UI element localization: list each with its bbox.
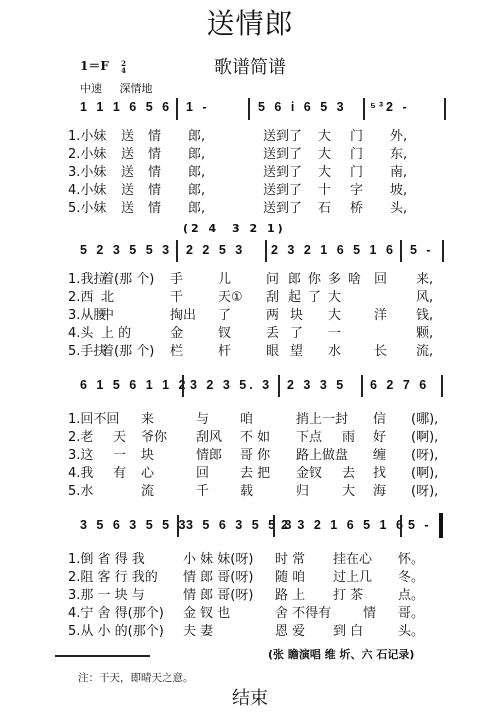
lyric: 2.小妹	[68, 143, 106, 162]
lyric: 杆	[218, 340, 231, 359]
lyric: 大	[318, 161, 331, 180]
lyric: 情 郎 哥(呀)	[183, 584, 253, 603]
lyric: 北	[101, 286, 114, 305]
lyric: 载	[240, 480, 253, 499]
time-signature: 2 4	[121, 60, 126, 74]
lyric: 外,	[390, 125, 407, 144]
lyric: 望	[290, 340, 303, 359]
lyric: 情	[148, 143, 161, 162]
lyric: 流	[141, 480, 154, 499]
lyric: 头,	[390, 197, 407, 216]
footnote-divider	[55, 655, 150, 657]
lyric: 上 的	[101, 322, 131, 341]
lyric: 时 常	[275, 548, 305, 567]
footnote: 注：干天，即晴天之意。	[78, 670, 194, 685]
performance-credit: (张 瞻演唱 维 圻、六 石记录)	[268, 646, 414, 662]
lyric: 南,	[390, 161, 407, 180]
lyric: 海	[373, 480, 386, 499]
barline	[265, 240, 267, 262]
measure: 1 1 1 6 5 6	[80, 100, 172, 114]
lyric: 门	[350, 125, 363, 144]
end-label: 结束	[0, 684, 500, 710]
lyric: 风,	[416, 286, 433, 305]
measure: 2 3 3 5	[287, 378, 346, 392]
lyric: 4.头	[68, 322, 93, 341]
lyric: 来,	[416, 268, 433, 287]
measure: 2 3 2 1 6 5 1 6	[281, 518, 406, 532]
barline	[400, 240, 402, 262]
lyric: 到 白	[333, 620, 363, 639]
lyric: 5.水	[68, 480, 93, 499]
barline	[361, 375, 363, 397]
lyric: 丢	[266, 322, 279, 341]
lyric: 门	[350, 143, 363, 162]
lyric: 两	[266, 304, 279, 323]
lyric: 不 如	[240, 426, 270, 445]
lyric: 郎	[288, 268, 301, 287]
page-subtitle: 歌谱简谱	[0, 53, 500, 79]
lyric: 情	[148, 197, 161, 216]
lyric: 掏出	[170, 304, 196, 323]
lyric: 2.西	[68, 286, 93, 305]
lyric: 字	[350, 179, 363, 198]
measure: ⁵³2 -	[370, 100, 410, 114]
lyric: 郎,	[188, 161, 205, 180]
tempo-label: 中速	[80, 82, 102, 95]
lyric: 洋	[374, 304, 387, 323]
lyric: 5.从 小 的(那个)	[68, 620, 164, 639]
lyric: 天	[113, 426, 126, 445]
barline	[273, 515, 275, 537]
key-label: 1＝F	[80, 59, 109, 73]
lyric: 心	[141, 462, 154, 481]
lyric: 送	[121, 179, 134, 198]
lyric: 下点	[296, 426, 322, 445]
measure: 6 1 5 6 1 1 2	[80, 378, 189, 392]
lyric: 儿	[218, 268, 231, 287]
lyric: 大	[318, 125, 331, 144]
lyric: 送	[121, 161, 134, 180]
lyric: 1.回不回	[68, 408, 119, 427]
lyric: 了	[290, 322, 303, 341]
lyric: 情郎	[196, 444, 222, 463]
barline	[176, 240, 178, 262]
lyric: 金钗	[296, 462, 322, 481]
lyric: 情	[363, 602, 376, 621]
lyric: 金	[170, 322, 183, 341]
lyric: 桥	[350, 197, 363, 216]
barline	[400, 515, 402, 537]
song-title: 送情郎	[0, 2, 500, 42]
lyric: 东,	[390, 143, 407, 162]
lyric: 栏	[170, 340, 183, 359]
measure: 1 -	[186, 100, 210, 114]
lyric: 你	[308, 268, 321, 287]
lyric: 十	[318, 179, 331, 198]
lyric: 大	[328, 286, 341, 305]
lyric: 咱	[240, 408, 253, 427]
lyric: 3.这	[68, 444, 93, 463]
measure: 2 2 5 3	[186, 243, 245, 257]
lyric: 情	[148, 179, 161, 198]
lyric: 捎上一封	[296, 408, 348, 427]
barline	[444, 98, 446, 120]
final-barline	[439, 513, 443, 538]
lyric: 郎,	[188, 179, 205, 198]
lyric: 郎,	[188, 143, 205, 162]
expression-label: 深情地	[120, 82, 153, 95]
lyric: 着(那 个)	[101, 340, 154, 359]
lyric: 去	[342, 462, 355, 481]
measure: 3 5 6 3 5 5 3	[186, 518, 295, 532]
lyric: 送到了	[263, 161, 302, 180]
lyric: 块	[290, 304, 303, 323]
lyric: 天①	[218, 286, 243, 305]
lyric: 有	[113, 462, 126, 481]
measure: 6 2 7 6	[370, 378, 429, 392]
barline	[441, 375, 443, 397]
measure: 5 -	[408, 518, 432, 532]
lyric: 来	[141, 408, 154, 427]
lyric: 颗,	[416, 322, 433, 341]
measure: 2 3 2 1 6 5 1 6	[271, 243, 396, 257]
barline	[278, 375, 280, 397]
lyric: 冬。	[398, 566, 424, 585]
lyric: 过上几	[333, 566, 372, 585]
lyric: 干	[170, 286, 183, 305]
lyric: 了	[218, 304, 231, 323]
lyric: 送	[121, 125, 134, 144]
lyric: 送到了	[263, 179, 302, 198]
lyric: 挂在心	[333, 548, 372, 567]
lyric: 多	[328, 268, 341, 287]
lyric: 送到了	[263, 125, 302, 144]
lyric: 问	[266, 268, 279, 287]
alternate-notes: (2 4	[183, 222, 219, 235]
time-signature-bottom: 4	[121, 66, 126, 75]
lyric: 了	[308, 286, 321, 305]
lyric: 情 郎 哥(呀)	[183, 566, 253, 585]
lyric: (呀),	[411, 444, 438, 463]
lyric: 舍 不得有	[275, 602, 331, 621]
lyric: 4.我	[68, 462, 93, 481]
lyric: 中	[101, 304, 114, 323]
lyric: 随 咱	[275, 566, 305, 585]
lyric: 打 茶	[333, 584, 363, 603]
lyric: 块	[141, 444, 154, 463]
barline	[177, 515, 179, 537]
lyric: 与	[196, 408, 209, 427]
lyric: 哥 你	[240, 444, 270, 463]
lyric: 1.小妹	[68, 125, 106, 144]
lyric: 眼	[266, 340, 279, 359]
lyric: 郎,	[188, 197, 205, 216]
lyric: (哪),	[411, 408, 438, 427]
alternate-notes: 3 2 1)	[232, 222, 286, 235]
lyric: 情	[148, 125, 161, 144]
lyric: 刮风	[196, 426, 222, 445]
lyric: 回	[196, 462, 209, 481]
barline	[248, 98, 250, 120]
lyric: 钱,	[416, 304, 433, 323]
lyric: 长	[374, 340, 387, 359]
lyric: 雨	[342, 426, 355, 445]
lyric: 去 把	[240, 462, 270, 481]
lyric: 金 钗 也	[183, 602, 230, 621]
lyric: (啊),	[411, 426, 438, 445]
lyric: 3.那 一 块 与	[68, 584, 145, 603]
lyric: 着(那 个)	[101, 268, 154, 287]
lyric: 起	[288, 286, 301, 305]
lyric: 送到了	[263, 197, 302, 216]
lyric: (啊),	[411, 462, 438, 481]
lyric: 郎,	[188, 125, 205, 144]
lyric: 路上做盘	[296, 444, 348, 463]
lyric: 4.小妹	[68, 179, 106, 198]
measure: 3 5 6 3 5 5 3	[80, 518, 189, 532]
lyric: 信	[373, 408, 386, 427]
lyric: 大	[342, 480, 355, 499]
lyric: 情	[148, 161, 161, 180]
lyric: 爷你	[141, 426, 167, 445]
measure: 3 2 3 5. 3	[190, 378, 272, 392]
lyric: 找	[373, 462, 386, 481]
lyric: 小 妹 妹(呀)	[183, 548, 253, 567]
lyric: 缠	[373, 444, 386, 463]
lyric: 归	[296, 480, 309, 499]
lyric: 2.老	[68, 426, 93, 445]
lyric: 5.小妹	[68, 197, 106, 216]
lyric: 哥。	[398, 602, 424, 621]
lyric: 一	[113, 444, 126, 463]
tempo-marking: 中速 深情地	[80, 80, 153, 96]
barline	[442, 240, 444, 262]
lyric: 大	[328, 304, 341, 323]
lyric: 钗	[218, 322, 231, 341]
lyric: 刮	[266, 286, 279, 305]
lyric: 恩 爱	[275, 620, 305, 639]
lyric: 一	[328, 322, 341, 341]
lyric: 坡,	[390, 179, 407, 198]
lyric: 路 上	[275, 584, 305, 603]
lyric: 水	[328, 340, 341, 359]
key-signature: 1＝F 2 4	[80, 57, 126, 74]
lyric: 点。	[398, 584, 424, 603]
lyric: 送到了	[263, 143, 302, 162]
lyric: 啥	[348, 268, 361, 287]
lyric: (呀),	[411, 480, 438, 499]
lyric: 千	[196, 480, 209, 499]
lyric: 怀。	[398, 548, 424, 567]
measure: 5 2 3 5 5 3	[80, 243, 172, 257]
lyric: 4.宁 舍 得(那个)	[68, 602, 164, 621]
barline	[182, 375, 184, 397]
lyric: 2.阻 客 行 我的	[68, 566, 158, 585]
lyric: 大	[318, 143, 331, 162]
lyric: 送	[121, 143, 134, 162]
lyric: 回	[374, 268, 387, 287]
lyric: 石	[318, 197, 331, 216]
lyric: 手	[170, 268, 183, 287]
lyric: 夫 妻	[183, 620, 213, 639]
lyric: 门	[350, 161, 363, 180]
barline	[363, 98, 365, 120]
lyric: 3.小妹	[68, 161, 106, 180]
lyric: 1.倒 省 得 我	[68, 548, 145, 567]
lyric: 好	[373, 426, 386, 445]
lyric: 头。	[398, 620, 424, 639]
measure: 5 -	[410, 243, 434, 257]
measure: 5 6 i 6 5 3	[258, 100, 347, 114]
barline	[176, 98, 178, 120]
lyric: 流,	[416, 340, 433, 359]
lyric: 送	[121, 197, 134, 216]
